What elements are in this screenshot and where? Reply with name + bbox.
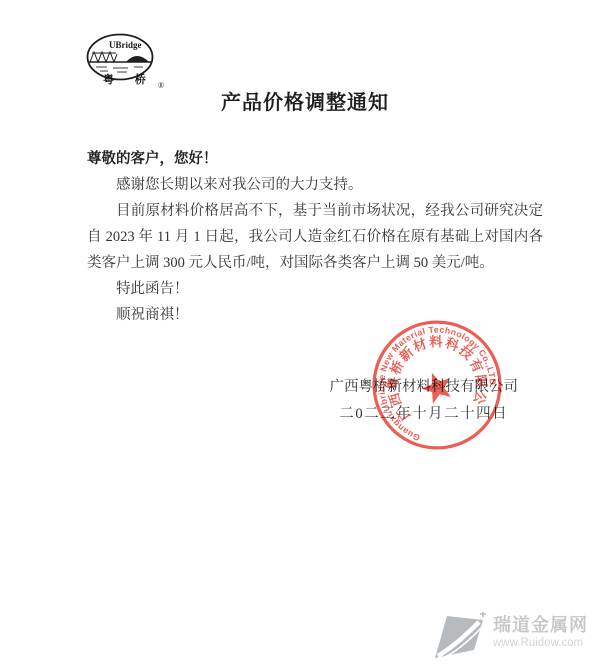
salutation-line: 尊敬的客户，您好！ — [87, 146, 543, 172]
site-watermark: 瑞道金属网 www.Ruidow.com — [433, 612, 588, 660]
body-paragraph: 特此函告！ — [87, 276, 543, 302]
ruidow-logo-icon — [433, 612, 487, 660]
body-paragraph: 感谢您长期以来对我公司的大力支持。 — [87, 172, 543, 198]
bridge-truss-icon — [90, 52, 117, 62]
water-waves-icon — [96, 67, 143, 72]
letter-body: 尊敬的客户，您好！ 感谢您长期以来对我公司的大力支持。 目前原材料价格居高不下，… — [87, 146, 543, 328]
bridge-arch-icon — [126, 56, 149, 62]
body-paragraph: 目前原材料价格居高不下，基于当前市场状况，经我公司研究决定自 2023 年 11… — [87, 198, 543, 276]
ubridge-logo: UBridge 粤 桥 ® — [86, 32, 170, 92]
document-title: 产品价格调整通知 — [0, 91, 592, 115]
seal-star-icon — [417, 367, 456, 405]
registered-trademark-icon: ® — [158, 81, 164, 90]
logo-chinese-text: 粤 桥 — [103, 72, 155, 86]
watermark-text: 瑞道金属网 www.Ruidow.com — [493, 612, 588, 650]
watermark-site-url: www.Ruidow.com — [493, 636, 588, 650]
watermark-site-name: 瑞道金属网 — [493, 615, 588, 636]
logo-brand-text: UBridge — [109, 40, 142, 50]
company-seal: Guangxi Ubridge New Material Technology … — [360, 308, 514, 462]
letter-page: UBridge 粤 桥 ® 产品价格调整通知 尊敬的客户，您好！ 感谢您长期以来… — [0, 0, 592, 665]
